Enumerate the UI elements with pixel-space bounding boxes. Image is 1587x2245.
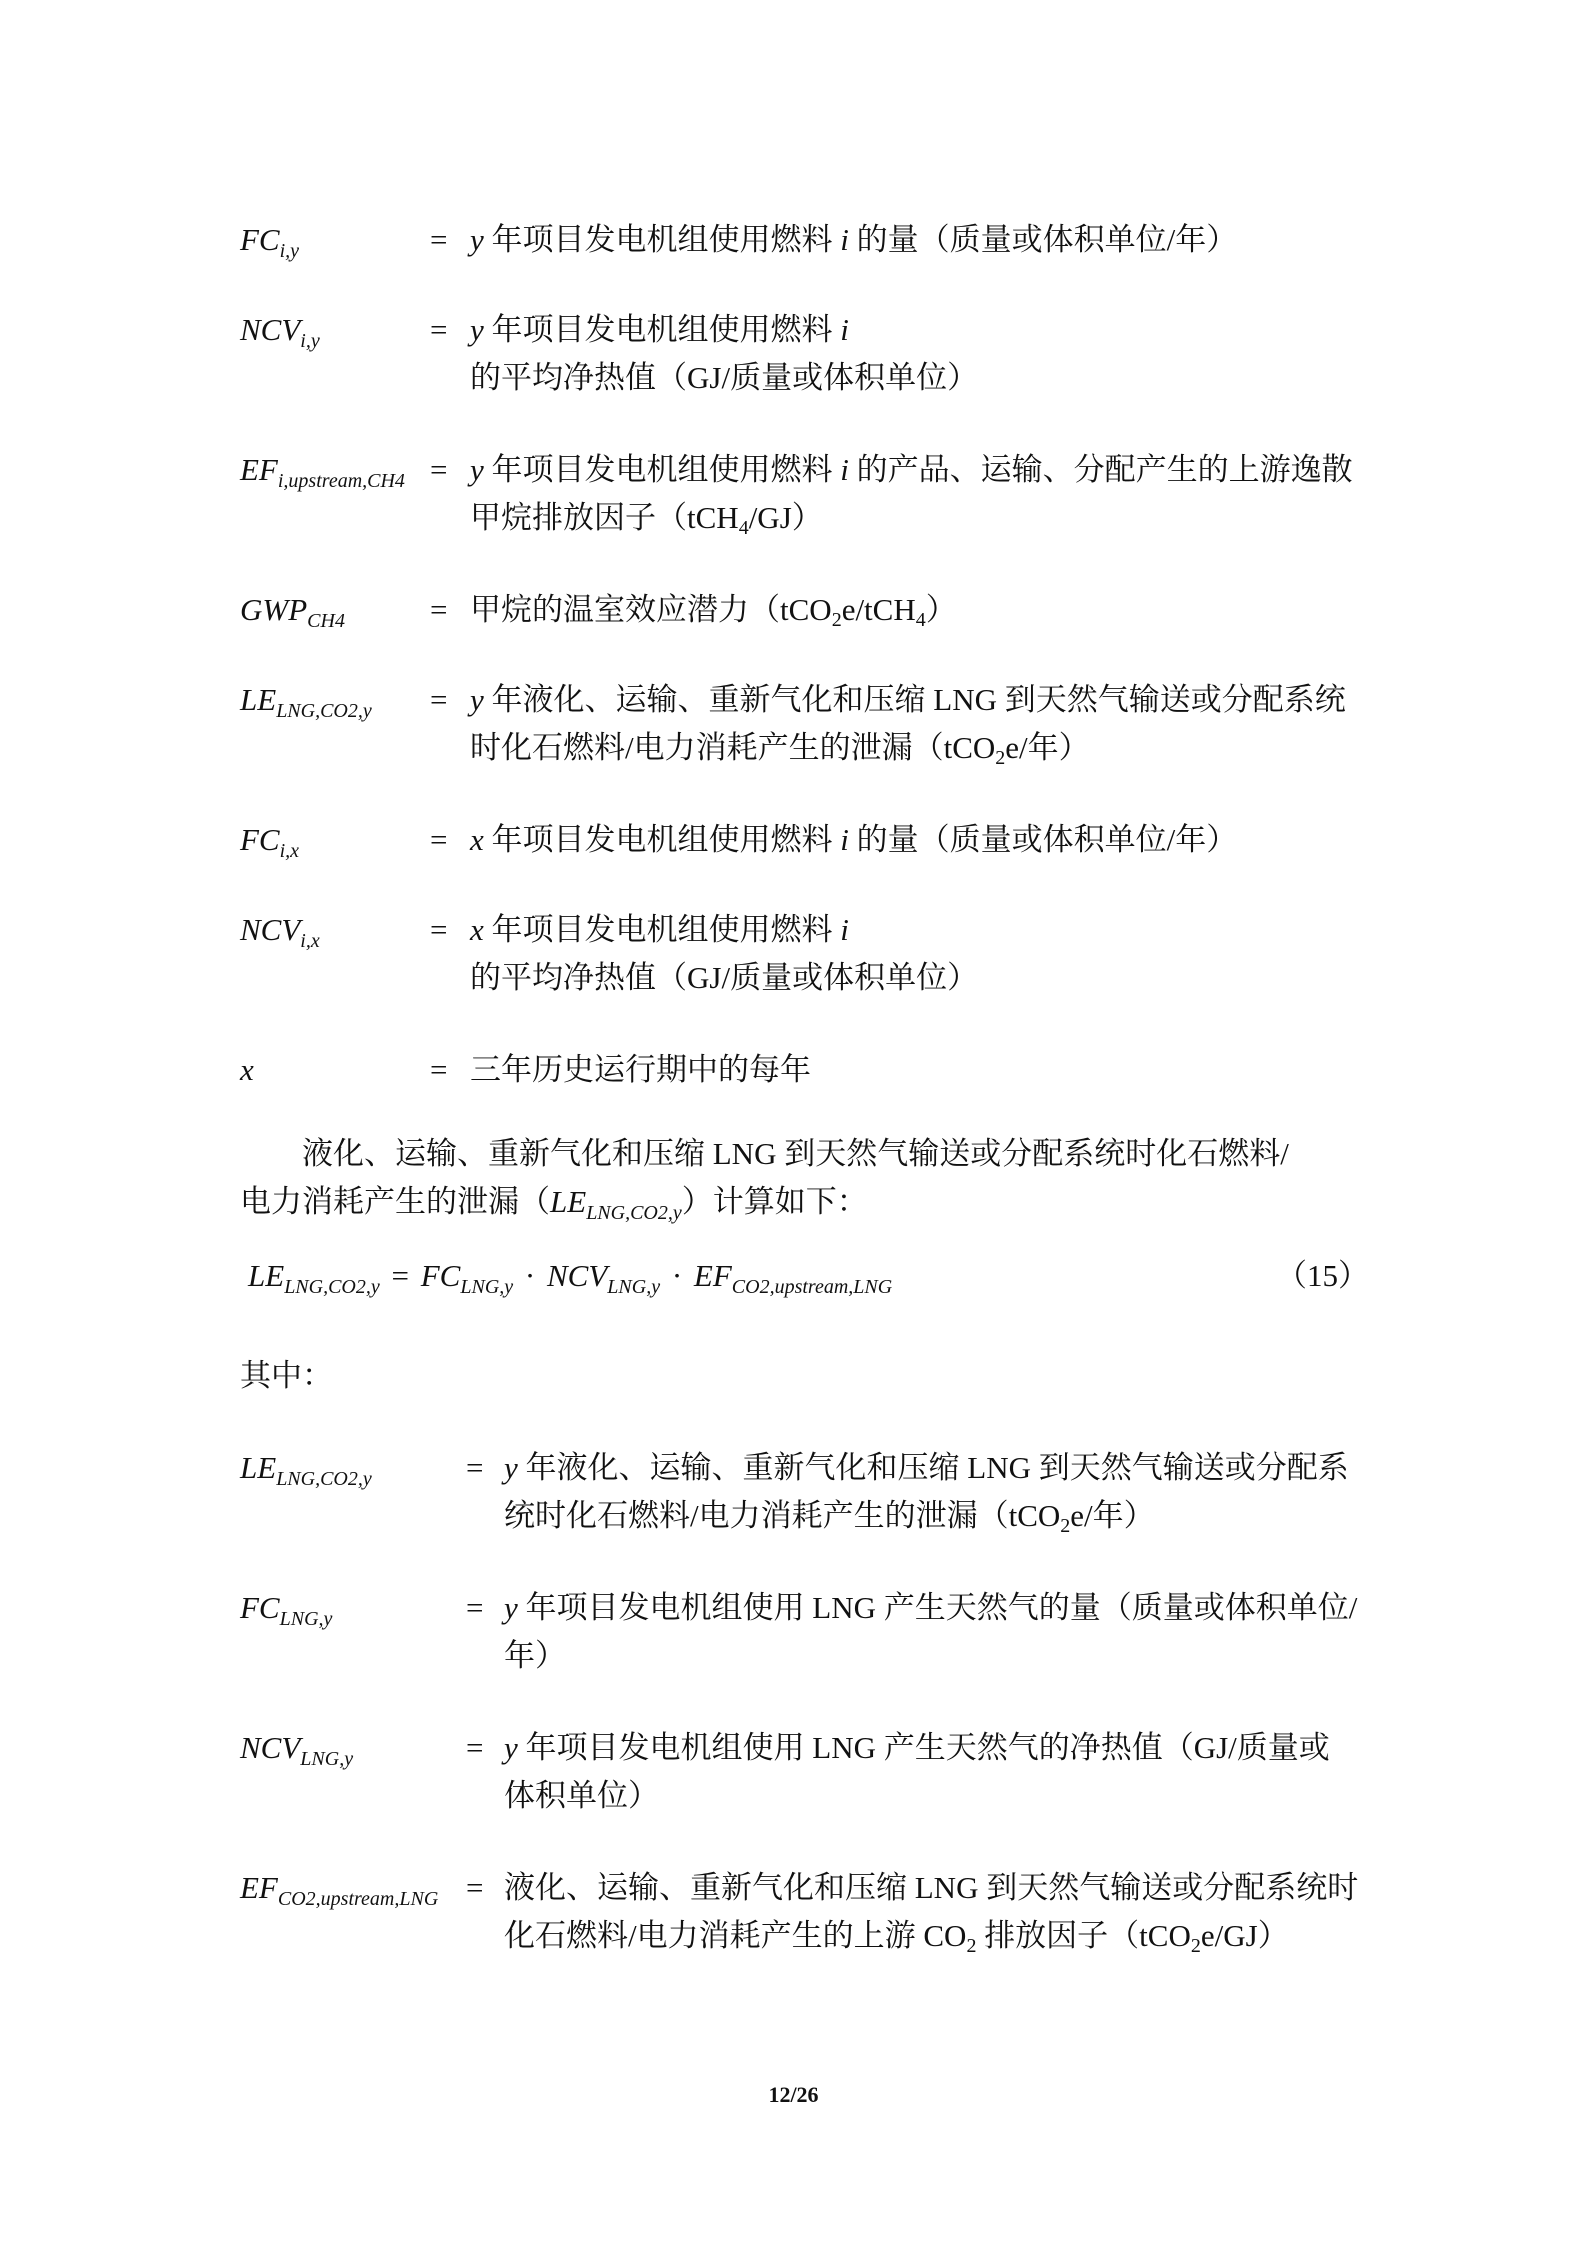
symbol: EFi,upstream,CH4 [240, 446, 405, 505]
definition-ef-i-upstream-ch4: EFi,upstream,CH4 = y 年项目发电机组使用燃料 i 的产品、运… [240, 446, 1360, 542]
intro-paragraph: 液化、运输、重新气化和压缩 LNG 到天然气输送或分配系统时化石燃料/ 电力消耗… [240, 1130, 1350, 1237]
equation-15: LELNG,CO2,y = FCLNG,y · NCVLNG,y · EFCO2… [248, 1252, 892, 1311]
definition-text: y 年项目发电机组使用燃料 i 的平均净热值（GJ/质量或体积单位） [470, 306, 1360, 402]
definition-ncv-i-x: NCVi,x = x 年项目发电机组使用燃料 i 的平均净热值（GJ/质量或体积… [240, 906, 1360, 1002]
definition-fc-lng-y: FCLNG,y = y 年项目发电机组使用 LNG 产生天然气的量（质量或体积单… [240, 1584, 1360, 1680]
symbol: NCVi,x [240, 906, 320, 965]
definition-text: x 年项目发电机组使用燃料 i 的量（质量或体积单位/年） [470, 816, 1360, 864]
equals-sign: = [430, 676, 447, 724]
symbol: x [240, 1046, 254, 1094]
definition-le-lng-co2-y-2: LELNG,CO2,y = y 年液化、运输、重新气化和压缩 LNG 到天然气输… [240, 1444, 1360, 1540]
equation-number: （15） [1276, 1252, 1369, 1300]
page-number: 12/26 [0, 2082, 1587, 2108]
definition-text: y 年项目发电机组使用燃料 i 的量（质量或体积单位/年） [470, 216, 1360, 264]
equals-sign: = [430, 216, 447, 264]
symbol: LELNG,CO2,y [240, 676, 372, 735]
definition-text: y 年项目发电机组使用 LNG 产生天然气的净热值（GJ/质量或体积单位） [504, 1724, 1360, 1820]
definition-text: 三年历史运行期中的每年 [470, 1046, 1360, 1094]
definition-ef-co2-upstream-lng: EFCO2,upstream,LNG = 液化、运输、重新气化和压缩 LNG 到… [240, 1864, 1360, 1960]
equals-sign: = [430, 906, 447, 954]
equals-sign: = [466, 1584, 483, 1632]
definition-text: 液化、运输、重新气化和压缩 LNG 到天然气输送或分配系统时化石燃料/电力消耗产… [504, 1864, 1360, 1970]
definition-ncv-lng-y: NCVLNG,y = y 年项目发电机组使用 LNG 产生天然气的净热值（GJ/… [240, 1724, 1360, 1820]
symbol: LELNG,CO2,y [240, 1444, 372, 1503]
definition-text: y 年液化、运输、重新气化和压缩 LNG 到天然气输送或分配系统时化石燃料/电力… [504, 1444, 1360, 1550]
equals-sign: = [430, 586, 447, 634]
definition-le-lng-co2-y: LELNG,CO2,y = y 年液化、运输、重新气化和压缩 LNG 到天然气输… [240, 676, 1360, 772]
definition-text: 甲烷的温室效应潜力（tCO2e/tCH4） [470, 586, 1360, 644]
definition-gwp-ch4: GWPCH4 = 甲烷的温室效应潜力（tCO2e/tCH4） [240, 586, 1360, 634]
symbol: FCLNG,y [240, 1584, 332, 1643]
definition-fc-i-x: FCi,x = x 年项目发电机组使用燃料 i 的量（质量或体积单位/年） [240, 816, 1360, 864]
where-label: 其中： [240, 1352, 333, 1400]
definition-ncv-i-y: NCVi,y = y 年项目发电机组使用燃料 i 的平均净热值（GJ/质量或体积… [240, 306, 1360, 402]
symbol: GWPCH4 [240, 586, 345, 645]
definition-text: y 年液化、运输、重新气化和压缩 LNG 到天然气输送或分配系统时化石燃料/电力… [470, 676, 1360, 782]
symbol: EFCO2,upstream,LNG [240, 1864, 438, 1923]
symbol: FCi,y [240, 216, 299, 275]
equals-sign: = [430, 306, 447, 354]
equals-sign: = [430, 446, 447, 494]
symbol: NCVi,y [240, 306, 320, 365]
equals-sign: = [466, 1724, 483, 1772]
definition-text: y 年项目发电机组使用燃料 i 的产品、运输、分配产生的上游逸散甲烷排放因子（t… [470, 446, 1360, 552]
equals-sign: = [466, 1444, 483, 1492]
document-page: FCi,y = y 年项目发电机组使用燃料 i 的量（质量或体积单位/年） NC… [0, 0, 1587, 2245]
symbol: NCVLNG,y [240, 1724, 353, 1783]
symbol: FCi,x [240, 816, 299, 875]
equals-sign: = [430, 1046, 447, 1094]
definition-text: x 年项目发电机组使用燃料 i 的平均净热值（GJ/质量或体积单位） [470, 906, 1360, 1002]
definition-fc-i-y: FCi,y = y 年项目发电机组使用燃料 i 的量（质量或体积单位/年） [240, 216, 1360, 264]
equals-sign: = [430, 816, 447, 864]
definition-text: y 年项目发电机组使用 LNG 产生天然气的量（质量或体积单位/年） [504, 1584, 1360, 1680]
definition-x: x = 三年历史运行期中的每年 [240, 1046, 1360, 1094]
equals-sign: = [466, 1864, 483, 1912]
